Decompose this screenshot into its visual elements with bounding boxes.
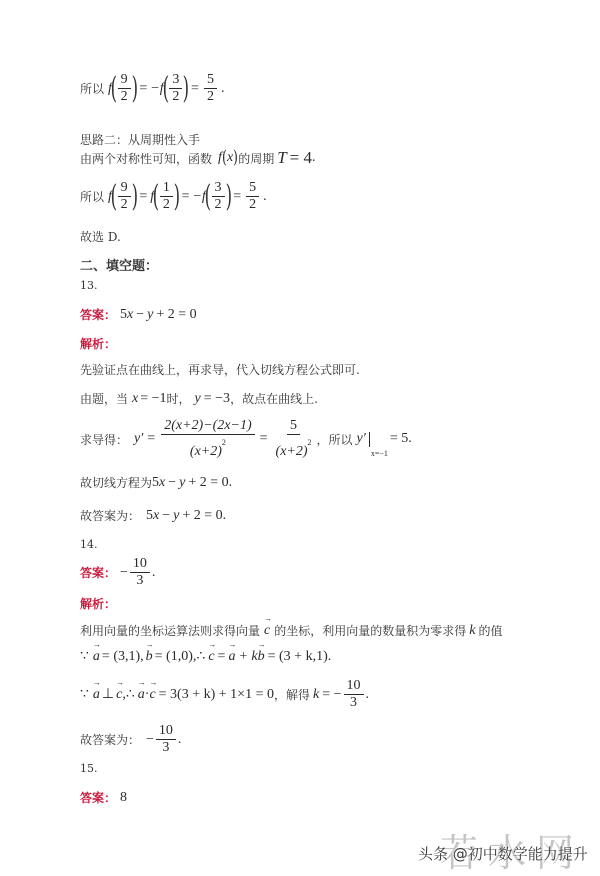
denominator: 2 bbox=[118, 89, 131, 105]
math: y bbox=[179, 475, 185, 491]
math: = −3 bbox=[204, 391, 230, 407]
numerator: 3 bbox=[212, 180, 225, 197]
math-value: = 4 bbox=[290, 148, 312, 168]
math: y′ bbox=[357, 431, 366, 447]
text: 由两个对称性可知，函数 bbox=[80, 150, 212, 167]
evaluation-bar bbox=[369, 432, 370, 447]
math: + 2 = 0 bbox=[156, 307, 196, 323]
math: + 2 = 0 bbox=[182, 508, 222, 524]
vector-c: c bbox=[116, 687, 122, 703]
vector-a: a bbox=[93, 649, 100, 665]
period: . bbox=[178, 732, 182, 748]
text: 的坐标，利用向量的数量积为零求得 bbox=[274, 622, 466, 639]
numerator: 1 bbox=[160, 180, 173, 197]
period: . bbox=[221, 81, 225, 97]
vector-a: a bbox=[228, 649, 235, 665]
analysis-label: 解析： bbox=[80, 335, 116, 352]
denominator: 2 bbox=[169, 89, 182, 105]
answer-line: 答案： 8 bbox=[80, 789, 127, 806]
fraction: 52 bbox=[204, 72, 217, 105]
period: . bbox=[408, 431, 412, 447]
exponent: 2 bbox=[308, 438, 312, 447]
analysis-hint: 先验证点在曲线上，再求导，代入切线方程公式即可. bbox=[80, 361, 360, 378]
denominator: 3 bbox=[159, 740, 172, 756]
text: 故答案为： bbox=[80, 731, 140, 748]
answer-label: 答案： bbox=[80, 789, 116, 806]
denominator: (x+2)2 bbox=[187, 435, 229, 460]
denominator: 2 bbox=[204, 89, 217, 105]
vector-b: b bbox=[258, 649, 265, 665]
fraction: 92 bbox=[118, 72, 131, 105]
equals: = bbox=[139, 189, 147, 205]
fraction: 103 bbox=[156, 723, 176, 756]
text: ，所以 bbox=[317, 431, 353, 448]
paren-open: ( bbox=[153, 182, 159, 212]
period: . bbox=[229, 475, 233, 491]
paren-close: ) bbox=[225, 182, 231, 212]
dot-product-step: ∵ a ⊥ c , ∴ a · c = 3(3 + k) + 1×1 = 0 ，… bbox=[80, 678, 369, 711]
numerator: 10 bbox=[156, 723, 176, 740]
denominator: (x+2)2 bbox=[273, 435, 315, 460]
fraction: 2(x+2)−(2x−1) (x+2)2 bbox=[161, 418, 254, 460]
text: 利用向量的坐标运算法则求得向量 bbox=[80, 622, 260, 639]
text: ，故点在曲线上. bbox=[230, 390, 318, 407]
fraction: 12 bbox=[160, 180, 173, 213]
numerator: 9 bbox=[118, 180, 131, 197]
vector-c: c bbox=[264, 623, 270, 639]
math: k bbox=[469, 623, 475, 639]
fraction: 32 bbox=[212, 180, 225, 213]
denominator: 2 bbox=[118, 197, 131, 213]
numerator: 3 bbox=[169, 72, 182, 89]
numerator: 5 bbox=[204, 72, 217, 89]
period: . bbox=[223, 508, 227, 524]
math: x bbox=[159, 475, 165, 491]
math: (x+2) bbox=[190, 444, 222, 459]
period: . bbox=[328, 649, 332, 665]
paren-close: ) bbox=[131, 74, 137, 104]
period: . bbox=[312, 150, 316, 166]
paren-close: ) bbox=[183, 74, 189, 104]
math: − bbox=[120, 565, 128, 581]
numerator: 9 bbox=[118, 72, 131, 89]
section-title: 二、填空题： bbox=[80, 255, 158, 274]
analysis-hint: 利用向量的坐标运算法则求得向量 c 的坐标，利用向量的数量积为零求得 k 的值 bbox=[80, 622, 502, 639]
math: y′ bbox=[134, 431, 143, 447]
math-neg-f: −f bbox=[150, 81, 163, 97]
math: = −1 bbox=[140, 391, 166, 407]
text: 由题，当 bbox=[80, 390, 128, 407]
answer-value: 8 bbox=[120, 790, 127, 806]
math: = (3 + k,1) bbox=[268, 649, 328, 665]
fraction: 103 bbox=[344, 678, 364, 711]
math: + 2 = 0 bbox=[188, 475, 228, 491]
math: 5 bbox=[120, 307, 127, 323]
numerator: 2(x+2)−(2x−1) bbox=[161, 418, 254, 435]
math: = (3,1), bbox=[102, 649, 144, 665]
vector-a: a bbox=[138, 687, 145, 703]
math: = 5 bbox=[390, 431, 408, 447]
math: − bbox=[146, 732, 154, 748]
period: . bbox=[366, 687, 370, 703]
therefore-symbol: ∴ bbox=[126, 686, 135, 703]
paren-close: ) bbox=[131, 182, 137, 212]
analysis-label: 解析： bbox=[80, 595, 116, 612]
denominator: 3 bbox=[133, 573, 146, 589]
equation-line-4: 所以 f ( 92 ) = f ( 12 ) = −f ( 32 ) = 52 … bbox=[80, 180, 267, 213]
math: = (1,0), bbox=[155, 649, 197, 665]
paren-open: ( bbox=[162, 74, 168, 104]
math: = 3(3 + k) + 1×1 = 0 bbox=[159, 687, 274, 703]
text: ，解得 bbox=[274, 686, 310, 703]
equals: = bbox=[260, 431, 268, 447]
fraction: 52 bbox=[246, 180, 259, 213]
math: − bbox=[162, 508, 170, 524]
question-number: 13. bbox=[80, 279, 98, 292]
numerator: 10 bbox=[344, 678, 364, 695]
fraction: 92 bbox=[118, 180, 131, 213]
math: x bbox=[132, 391, 138, 407]
period: . bbox=[263, 189, 267, 205]
vector-a: a bbox=[93, 687, 100, 703]
math: (x+2) bbox=[276, 444, 308, 459]
math: x bbox=[127, 307, 133, 323]
math: − bbox=[136, 307, 144, 323]
paren-open: ( bbox=[204, 182, 210, 212]
question-number: 14. bbox=[80, 538, 98, 551]
approach-two-heading: 思路二：从周期性入手 bbox=[80, 131, 200, 148]
answer-label: 答案： bbox=[80, 306, 116, 323]
math: y bbox=[147, 307, 153, 323]
math: 5 bbox=[146, 508, 153, 524]
choice-conclusion: 故选 D. bbox=[80, 228, 121, 245]
equals: = bbox=[182, 189, 190, 205]
equals: = bbox=[191, 81, 199, 97]
math: = − bbox=[322, 687, 341, 703]
answer-line: 答案： 5x −y + 2 = 0 bbox=[80, 306, 197, 323]
numerator: 5 bbox=[287, 418, 300, 435]
text: 时， bbox=[167, 390, 191, 407]
paren-close: ) bbox=[233, 149, 238, 167]
numerator: 10 bbox=[130, 556, 150, 573]
final-answer: 故答案为： 5x −y + 2 = 0 . bbox=[80, 507, 226, 524]
therefore-symbol: ∴ bbox=[196, 648, 205, 665]
paren-open: ( bbox=[111, 182, 117, 212]
numerator: 5 bbox=[246, 180, 259, 197]
watermark-source: 头条 @初中数学能力提升 bbox=[418, 843, 588, 864]
denominator: 2 bbox=[246, 197, 259, 213]
math: y bbox=[173, 508, 179, 524]
text: 的周期 bbox=[238, 150, 274, 167]
text: 求导得： bbox=[80, 431, 128, 448]
equation-line-1: 所以 f ( 92 ) = −f ( 32 ) = 52 . bbox=[80, 72, 224, 105]
fraction: 103 bbox=[130, 556, 150, 589]
analysis-step: 由题，当 x = −1 时， y = −3 ，故点在曲线上. bbox=[80, 390, 318, 407]
text: 故切线方程为 bbox=[80, 474, 152, 491]
exponent: 2 bbox=[222, 438, 226, 447]
paren-close: ) bbox=[173, 182, 179, 212]
text: 所以 bbox=[80, 80, 104, 97]
period-statement: 由两个对称性可知，函数 f ( x ) 的周期 T = 4 . bbox=[80, 148, 316, 168]
vector-step: ∵ a = (3,1), b = (1,0), ∴ c = a + k b = … bbox=[80, 648, 331, 665]
math: k bbox=[313, 687, 319, 703]
equals: = bbox=[218, 649, 226, 665]
answer-line: 答案： − 103 . bbox=[80, 556, 155, 589]
vector-b: b bbox=[146, 649, 153, 665]
question-number: 15. bbox=[80, 762, 98, 775]
fraction: 5 (x+2)2 bbox=[273, 418, 315, 460]
text: 所以 bbox=[80, 188, 104, 205]
final-answer: 故答案为： − 103 . bbox=[80, 723, 181, 756]
math-T: T bbox=[277, 148, 286, 168]
denominator: 2 bbox=[160, 197, 173, 213]
fraction: 32 bbox=[169, 72, 182, 105]
answer-label: 答案： bbox=[80, 564, 116, 581]
tangent-line-step: 故切线方程为 5x −y + 2 = 0 . bbox=[80, 474, 232, 491]
math: x bbox=[153, 508, 159, 524]
denominator: 2 bbox=[212, 197, 225, 213]
equals: = bbox=[233, 189, 241, 205]
text: 故答案为： bbox=[80, 507, 140, 524]
math: y bbox=[195, 391, 201, 407]
equals: = bbox=[139, 81, 147, 97]
derivative-step: 求导得： y′ = 2(x+2)−(2x−1) (x+2)2 = 5 (x+2)… bbox=[80, 418, 412, 460]
because-symbol: ∵ bbox=[80, 686, 89, 703]
math: 5 bbox=[152, 475, 159, 491]
vector-c: c bbox=[149, 687, 155, 703]
math: − bbox=[168, 475, 176, 491]
denominator: 3 bbox=[347, 695, 360, 711]
vector-c: c bbox=[208, 649, 214, 665]
paren-open: ( bbox=[222, 149, 227, 167]
equals: = bbox=[147, 431, 155, 447]
math: + k bbox=[238, 649, 257, 665]
subscript: x=−1 bbox=[371, 449, 388, 458]
period: . bbox=[152, 565, 156, 581]
because-symbol: ∵ bbox=[80, 648, 89, 665]
paren-open: ( bbox=[111, 74, 117, 104]
perpendicular-symbol: ⊥ bbox=[102, 686, 114, 703]
text: 的值 bbox=[478, 622, 502, 639]
